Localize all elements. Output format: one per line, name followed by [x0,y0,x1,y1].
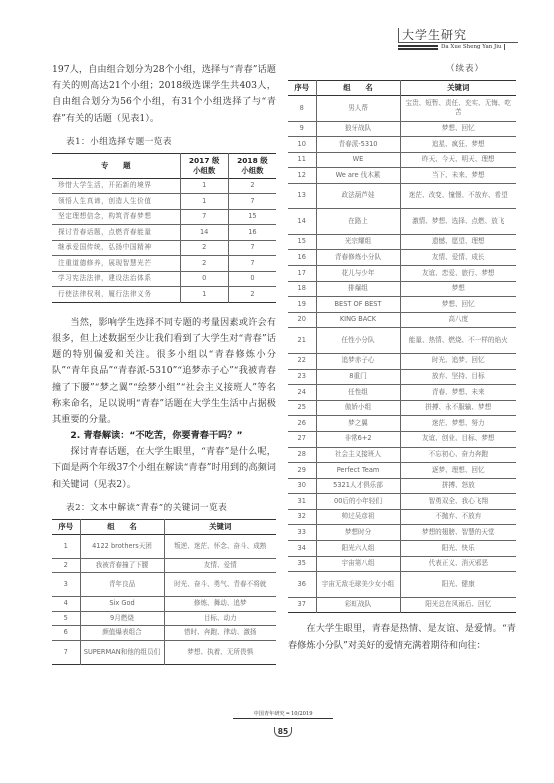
topic-cell: 探讨青春话题，点燃青春能量 [52,225,180,241]
count-2018-cell: 16 [228,225,276,241]
count-2017-cell: 1 [180,178,228,194]
table1-header-2017: 2017 级小组数 [180,153,228,178]
row-number-cell: 1 [52,534,80,558]
keywords-cell: 不忘初心、奋力奔跑 [400,447,516,463]
group-name-cell: 我被青春撞了下腰 [80,558,164,573]
keyword-table-row: 36宇宙无敌毛球美少女小组阳光、健康 [288,572,516,598]
header-2017-sub: 小组数 [193,166,215,175]
keywords-cell: 迷茫、改变、憧憬、不放弃、希望 [400,183,516,209]
group-name-cell: KING BACK [316,312,400,328]
row-number-cell: 6 [52,626,80,641]
group-name-cell: 在路上 [316,209,400,235]
count-2017-cell: 2 [180,240,228,256]
row-number-cell: 7 [52,640,80,664]
topic-cell: 行使法律权利，履行法律义务 [52,287,180,303]
row-number-cell: 34 [288,541,316,557]
keyword-table-row: 29Perfect Team逐梦、理想、回忆 [288,463,516,479]
keyword-table-row: 3青年良品时光、奋斗、勇气、青春不将就 [52,573,276,597]
group-name-cell: Perfect Team [316,463,400,479]
count-2018-cell: 2 [228,287,276,303]
group-name-cell: 青春派-5310 [316,137,400,153]
row-number-cell: 17 [288,266,316,282]
keywords-cell: 友谊、恋爱、旅行、梦想 [400,266,516,282]
count-2018-cell: 7 [228,194,276,210]
page-number: 85 [274,727,292,737]
count-2018-cell: 15 [228,209,276,225]
row-number-cell: 28 [288,447,316,463]
keyword-table-row: 14在路上激情、梦想、选择、点燃、放飞 [288,209,516,235]
masthead-en-row: Da Xue Sheng Yan Jiu [398,44,518,50]
keywords-cell: 修炼、舞动、追梦 [164,597,276,612]
keyword-table-row: 22追梦赤子心时光、追梦、回忆 [288,353,516,369]
group-name-cell: 00后的小年轻们 [316,494,400,510]
closing-paragraph: 在大学生眼里，青春是热情、是友谊、是爱情。“青春修炼小分队”对美好的爱情充满着期… [288,621,516,653]
keyword-table-row: 33梦想时分梦想的翅膀、智慧的天堂 [288,525,516,541]
keyword-table-row: 32帅过吴彦祖不抛弃、不放弃 [288,509,516,525]
table1-header-2018: 2018 级小组数 [228,153,276,178]
keywords-cell: 追星、疯狂、梦想 [400,137,516,153]
keyword-table-row: 28社会主义接班人不忘初心、奋力奔跑 [288,447,516,463]
keyword-table-row: 17花儿与少年友谊、恋爱、旅行、梦想 [288,266,516,282]
left-column: 197人，自由组合划分为28个小组，选择与“青春”话题有关的则高达21个小组；2… [52,62,276,665]
group-name-cell: 追梦赤子心 [316,353,400,369]
table1-row: 注重道德修养，展现智慧光芒27 [52,256,276,272]
table1-caption: 表1：小组选择专题一览表 [66,135,276,147]
row-number-cell: 16 [288,250,316,266]
keywords-cell: 目标、动力 [164,611,276,626]
row-number-cell: 10 [288,137,316,153]
keywords-cell: 能量、热情、燃烧、不一样的焰火 [400,328,516,354]
group-name-cell: 排爆组 [316,281,400,297]
table2c-header-keywords: 关键词 [400,81,516,96]
keyword-table-row: 37彩虹战队阳光总在风雨后、回忆 [288,597,516,613]
table1-row: 探讨青春话题，点燃青春能量1416 [52,225,276,241]
row-number-cell: 32 [288,509,316,525]
group-name-cell: 宇宙第八组 [316,556,400,572]
keyword-table-row: 35宇宙第八组代表正义、消灭邪恶 [288,556,516,572]
header-2018-sub: 小组数 [241,166,263,175]
group-name-cell: 帅过吴彦祖 [316,509,400,525]
keyword-table-row: 9狼牙战队梦想、回忆 [288,121,516,137]
row-number-cell: 12 [288,168,316,184]
topic-cell: 注重道德修养，展现智慧光芒 [52,256,180,272]
keyword-table-row: 238重门放弃、坚持、目标 [288,369,516,385]
keywords-cell: 叛逆、迷茫、怀念、奋斗、成熟 [164,534,276,558]
row-number-cell: 25 [288,400,316,416]
keywords-cell: 迷茫、梦想、努力 [400,416,516,432]
table2-continued-header-row: 序号 组 名 关键词 [288,81,516,96]
continued-table-label: （续表） [288,62,484,74]
topic-cell: 珍惜大学生活，开拓新的境界 [52,178,180,194]
table2-header-row: 序号 组 名 关键词 [52,519,276,534]
count-2017-cell: 2 [180,256,228,272]
group-name-cell: 阳光六人组 [316,541,400,557]
row-number-cell: 4 [52,597,80,612]
masthead-bars-decoration [398,45,438,50]
keyword-table-row: 2我被青春撞了下腰友情、爱情 [52,558,276,573]
keywords-cell: 友情、爱情、成长 [400,250,516,266]
keyword-table-row: 20KING BACK高八度 [288,312,516,328]
table1-row: 领悟人生真谛，创造人生价值17 [52,194,276,210]
row-number-cell: 21 [288,328,316,354]
keyword-table-row: 18排爆组梦想 [288,281,516,297]
keywords-cell: 青春、梦想、未来 [400,385,516,401]
keywords-cell: 阳光总在风雨后、回忆 [400,597,516,613]
group-name-cell: 9月燃烧 [80,611,164,626]
table1-row: 学习宪法法律，建设法治体系00 [52,271,276,287]
table2-continued: 序号 组 名 关键词 8男人帮宝贵、短暂、责任、充实、无悔、吃苦9狼牙战队梦想、… [288,80,516,613]
table1-header-row: 专 题 2017 级小组数 2018 级小组数 [52,153,276,178]
journal-masthead: 大学生研究 Da Xue Sheng Yan Jiu [398,28,518,50]
keyword-table-row: 21任性小分队能量、热情、燃烧、不一样的焰火 [288,328,516,354]
row-number-cell: 8 [288,96,316,122]
row-number-cell: 3 [52,573,80,597]
row-number-cell: 23 [288,369,316,385]
keywords-cell: 时光、追梦、回忆 [400,353,516,369]
keywords-cell: 阳光、健康 [400,572,516,598]
table2c-header-no: 序号 [288,81,316,96]
keywords-cell: 放弃、坚持、目标 [400,369,516,385]
count-2018-cell: 0 [228,271,276,287]
row-number-cell: 37 [288,597,316,613]
keyword-table-row: 14122 brothers天团叛逆、迷茫、怀念、奋斗、成熟 [52,534,276,558]
count-2017-cell: 0 [180,271,228,287]
page-footer: 中国青年研究 ━ 10/2019 85 [233,710,333,738]
footer-journal-issue: 中国青年研究 ━ 10/2019 [233,710,333,719]
keyword-table-row: 59月燃烧目标、动力 [52,611,276,626]
row-number-cell: 2 [52,558,80,573]
keyword-table-row: 15光宗耀组遗憾、愿望、理想 [288,234,516,250]
keyword-table-row: 27非常6+2友谊、创业、目标、梦想 [288,431,516,447]
keywords-cell: 友谊、创业、目标、梦想 [400,431,516,447]
topic-cell: 领悟人生真谛，创造人生价值 [52,194,180,210]
count-2017-cell: 1 [180,194,228,210]
keywords-cell: 惜时、奔跑、律动、激扬 [164,626,276,641]
keywords-cell: 不抛弃、不放弃 [400,509,516,525]
topic-cell: 学习宪法法律，建设法治体系 [52,271,180,287]
row-number-cell: 19 [288,297,316,313]
keyword-table-row: 25傲娇小组拼搏、永不服输、梦想 [288,400,516,416]
group-name-cell: 5321人才俱乐部 [316,478,400,494]
row-number-cell: 18 [288,281,316,297]
count-2017-cell: 1 [180,287,228,303]
keyword-table-row: 13政法葫芦娃迷茫、改变、憧憬、不放弃、希望 [288,183,516,209]
table1-row: 继承爱国传统，弘扬中国精神27 [52,240,276,256]
masthead-title-en: Da Xue Sheng Yan Jiu [441,44,505,50]
row-number-cell: 5 [52,611,80,626]
keywords-cell: 逐梦、理想、回忆 [400,463,516,479]
keywords-cell: 阳光、快乐 [400,541,516,557]
table1-row: 行使法律权利，履行法律义务12 [52,287,276,303]
group-name-cell: 傲娇小组 [316,400,400,416]
keyword-table-row: 3100后的小年轻们智勇双全、我心飞翔 [288,494,516,510]
row-number-cell: 31 [288,494,316,510]
keyword-table-row: 8男人帮宝贵、短暂、责任、充实、无悔、吃苦 [288,96,516,122]
row-number-cell: 24 [288,385,316,401]
row-number-cell: 30 [288,478,316,494]
keywords-cell: 梦想、回忆 [400,297,516,313]
table1-row: 珍惜大学生活，开拓新的境界12 [52,178,276,194]
intro-paragraph: 197人，自由组合划分为28个小组，选择与“青春”话题有关的则高达21个小组；2… [52,62,276,127]
group-name-cell: 青春修炼小分队 [316,250,400,266]
topic-cell: 继承爱国传统，弘扬中国精神 [52,240,180,256]
group-name-cell: 非常6+2 [316,431,400,447]
keyword-table-row: 305321人才俱乐部拼搏、怒放 [288,478,516,494]
keyword-table-row: 4Six God修炼、舞动、追梦 [52,597,276,612]
table2-header-keywords: 关键词 [164,519,276,534]
table2-keywords: 序号 组 名 关键词 14122 brothers天团叛逆、迷茫、怀念、奋斗、成… [52,519,276,665]
row-number-cell: 33 [288,525,316,541]
row-number-cell: 13 [288,183,316,209]
keywords-cell: 时光、奋斗、勇气、青春不将就 [164,573,276,597]
row-number-cell: 20 [288,312,316,328]
keyword-table-row: 19BEST OF BEST梦想、回忆 [288,297,516,313]
table1-row: 坚定理想信念，构筑青春梦想715 [52,209,276,225]
keywords-cell: 拼搏、怒放 [400,478,516,494]
keywords-cell: 梦想、回忆 [400,121,516,137]
group-name-cell: 男人帮 [316,96,400,122]
row-number-cell: 11 [288,152,316,168]
keywords-cell: 梦想 [400,281,516,297]
group-name-cell: 光宗耀组 [316,234,400,250]
group-name-cell: 4122 brothers天团 [80,534,164,558]
row-number-cell: 22 [288,353,316,369]
header-2017-label: 2017 级 [189,156,220,165]
keywords-cell: 高八度 [400,312,516,328]
row-number-cell: 26 [288,416,316,432]
count-2017-cell: 14 [180,225,228,241]
keywords-cell: 当下、未来、梦想 [400,168,516,184]
row-number-cell: 29 [288,463,316,479]
group-name-cell: 梦之翼 [316,416,400,432]
row-number-cell: 36 [288,572,316,598]
count-2018-cell: 7 [228,256,276,272]
group-name-cell: SUPERMAN和他的组员们 [80,640,164,664]
right-column: （续表） 序号 组 名 关键词 8男人帮宝贵、短暂、责任、充实、无悔、吃苦9狼牙… [288,62,516,654]
keyword-table-row: 12We are 伐木累当下、未来、梦想 [288,168,516,184]
group-name-cell: BEST OF BEST [316,297,400,313]
keyword-table-row: 16青春修炼小分队友情、爱情、成长 [288,250,516,266]
group-name-cell: 宇宙无敌毛球美少女小组 [316,572,400,598]
keywords-cell: 昨天、今天、明天、理想 [400,152,516,168]
row-number-cell: 27 [288,431,316,447]
keywords-cell: 友情、爱情 [164,558,276,573]
count-2018-cell: 2 [228,178,276,194]
table2-caption: 表2：文本中解读“青春”的关键词一览表 [66,501,276,513]
row-number-cell: 14 [288,209,316,235]
row-number-cell: 35 [288,556,316,572]
paragraph-2: 当然，影响学生选择不同专题的考量因素或许会有很多，但上述数据至少让我们看到了大学… [52,315,276,428]
group-name-cell: 彩虹战队 [316,597,400,613]
keywords-cell: 遗憾、愿望、理想 [400,234,516,250]
header-2018-label: 2018 级 [237,156,268,165]
group-name-cell: 颜值爆表组合 [80,626,164,641]
count-2017-cell: 7 [180,209,228,225]
row-number-cell: 9 [288,121,316,137]
group-name-cell: Six God [80,597,164,612]
group-name-cell: 花儿与少年 [316,266,400,282]
keyword-table-row: 7SUPERMAN和他的组员们梦想、执着、无所畏惧 [52,640,276,664]
keywords-cell: 智勇双全、我心飞翔 [400,494,516,510]
group-name-cell: We are 伐木累 [316,168,400,184]
group-name-cell: 8重门 [316,369,400,385]
row-number-cell: 15 [288,234,316,250]
group-name-cell: 政法葫芦娃 [316,183,400,209]
table2-header-name: 组 名 [80,519,164,534]
keyword-table-row: 10青春派-5310追星、疯狂、梦想 [288,137,516,153]
section-subheading: 2. 青春解读：“不吃苦，你要青春干吗？” [52,428,276,444]
keywords-cell: 代表正义、消灭邪恶 [400,556,516,572]
table2c-header-name: 组 名 [316,81,400,96]
keyword-table-row: 11WE昨天、今天、明天、理想 [288,152,516,168]
group-name-cell: 青年良品 [80,573,164,597]
table1-header-topic: 专 题 [52,153,180,178]
keyword-table-row: 34阳光六人组阳光、快乐 [288,541,516,557]
group-name-cell: WE [316,152,400,168]
keywords-cell: 拼搏、永不服输、梦想 [400,400,516,416]
group-name-cell: 任性小分队 [316,328,400,354]
table1-topic-selection: 专 题 2017 级小组数 2018 级小组数 珍惜大学生活，开拓新的境界12领… [52,153,276,303]
keyword-table-row: 6颜值爆表组合惜时、奔跑、律动、激扬 [52,626,276,641]
paragraph-3: 探讨青春话题，在大学生眼里，“青春”是什么呢，下面是两个年级37个小组在解读“青… [52,444,276,493]
keywords-cell: 宝贵、短暂、责任、充实、无悔、吃苦 [400,96,516,122]
group-name-cell: 梦想时分 [316,525,400,541]
group-name-cell: 任性组 [316,385,400,401]
keywords-cell: 梦想的翅膀、智慧的天堂 [400,525,516,541]
group-name-cell: 狼牙战队 [316,121,400,137]
keywords-cell: 激情、梦想、选择、点燃、放飞 [400,209,516,235]
masthead-title-cn: 大学生研究 [398,28,518,43]
table2-header-no: 序号 [52,519,80,534]
keywords-cell: 梦想、执着、无所畏惧 [164,640,276,664]
count-2018-cell: 7 [228,240,276,256]
group-name-cell: 社会主义接班人 [316,447,400,463]
keyword-table-row: 26梦之翼迷茫、梦想、努力 [288,416,516,432]
topic-cell: 坚定理想信念，构筑青春梦想 [52,209,180,225]
keyword-table-row: 24任性组青春、梦想、未来 [288,385,516,401]
